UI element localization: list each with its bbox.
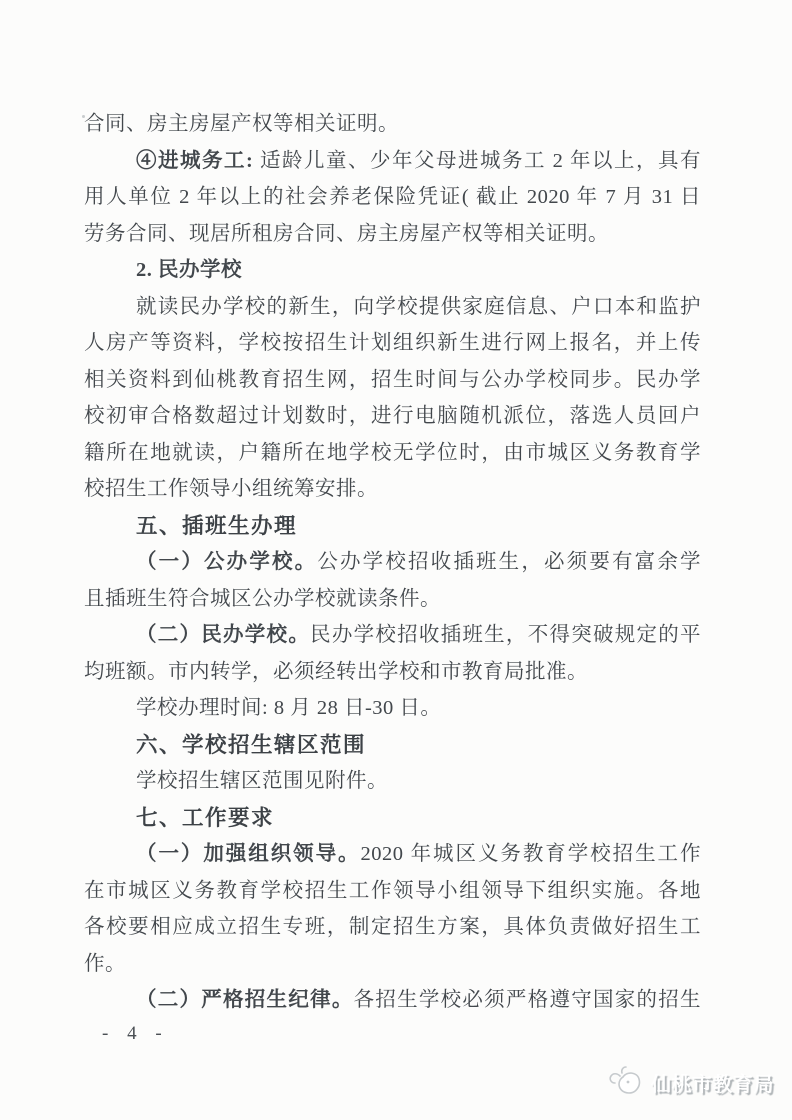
text-line: 且插班生符合城区公办学校就读条件。 xyxy=(84,581,701,618)
text-line: （二）民办学校。民办学校招收插班生，不得突破规定的平 xyxy=(84,617,701,654)
text-line: 劳务合同、现居所租房合同、房主房屋产权等相关证明。 xyxy=(84,216,701,253)
text-line: 合同、房主房屋产权等相关证明。 xyxy=(84,106,701,143)
text-line: 各校要相应成立招生专班，制定招生方案，具体负责做好招生工 xyxy=(84,909,701,946)
section-heading-7: 七、工作要求 xyxy=(84,800,701,837)
document-page: { "page": { "number": "- 4 -", "backgrou… xyxy=(0,0,792,1120)
watermark-text: 仙桃市教育局 xyxy=(651,1068,774,1097)
text-line: 校招生工作领导小组统筹安排。 xyxy=(84,471,701,508)
text-line: 学校招生辖区范围见附件。 xyxy=(84,763,701,800)
paragraph-lead: （二）严格招生纪律。 xyxy=(136,989,354,1011)
text-line: 校初审合格数超过计划数时，进行电脑随机派位，落选人员回户 xyxy=(84,398,701,435)
text-line: 就读民办学校的新生，向学校提供家庭信息、户口本和监护 xyxy=(84,289,701,326)
peach-logo-icon xyxy=(606,1062,646,1102)
text-line: 学校办理时间: 8 月 28 日-30 日。 xyxy=(84,690,701,727)
text-line: 均班额。市内转学，必须经转出学校和市教育局批准。 xyxy=(84,654,701,691)
paragraph-lead: （一）加强组织领导。 xyxy=(136,843,361,865)
document-body: 合同、房主房屋产权等相关证明。 ④进城务工: 适龄儿童、少年父母进城务工 2 年… xyxy=(84,106,701,1019)
text-line: 籍所在地就读，户籍所在地学校无学位时，由市城区义务教育学 xyxy=(84,435,701,472)
text-line: （一）公办学校。公办学校招收插班生，必须要有富余学位， xyxy=(84,544,701,581)
section-heading-6: 六、学校招生辖区范围 xyxy=(84,727,701,764)
watermark: 仙桃市教育局 xyxy=(606,1062,774,1102)
text-line: 作。 xyxy=(84,946,701,983)
text-line: 相关资料到仙桃教育招生网，招生时间与公办学校同步。民办学 xyxy=(84,362,701,399)
paragraph-lead: （二）民办学校。 xyxy=(136,624,310,646)
text-line: 在市城区义务教育学校招生工作领导小组领导下组织实施。各地 xyxy=(84,873,701,910)
paragraph-lead: （一）公办学校。 xyxy=(136,551,317,573)
text-line: 人房产等资料，学校按招生计划组织新生进行网上报名，并上传 xyxy=(84,325,701,362)
text-line: （一）加强组织领导。2020 年城区义务教育学校招生工作 xyxy=(84,836,701,873)
subsection-heading-minban: 2. 民办学校 xyxy=(84,252,701,289)
page-number: - 4 - xyxy=(102,1023,169,1045)
text-line: （二）严格招生纪律。各招生学校必须严格遵守国家的招生 xyxy=(84,982,701,1019)
paragraph-lead: ④进城务工: xyxy=(136,150,253,172)
text-line: ④进城务工: 适龄儿童、少年父母进城务工 2 年以上，具有 xyxy=(84,143,701,180)
text-line: 用人单位 2 年以上的社会养老保险凭证( 截止 2020 年 7 月 31 日 … xyxy=(84,179,701,216)
paragraph-lead: 2. 民办学校 xyxy=(136,259,242,281)
section-heading-5: 五、插班生办理 xyxy=(84,508,701,545)
